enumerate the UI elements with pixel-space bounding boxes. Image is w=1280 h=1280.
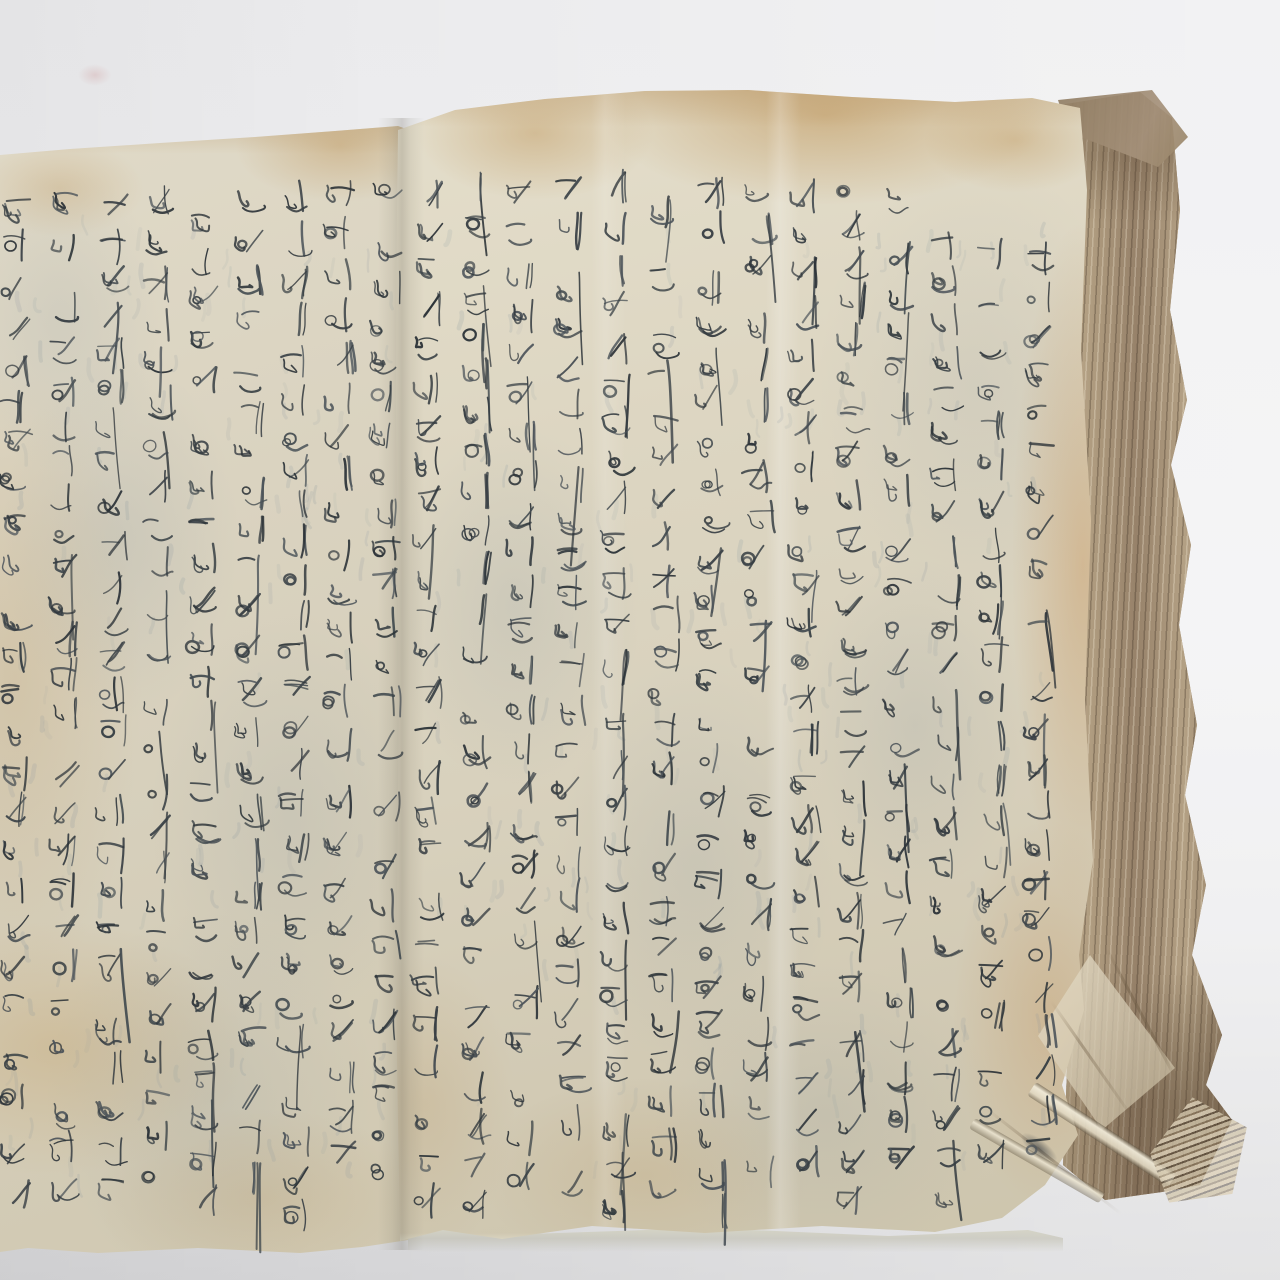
gutter-crease-shadow [378,118,424,1250]
photo-of-open-manuscript-book: Photograph of an opened antique Korean m… [0,0,1280,1280]
right-page-bottom-edge [395,85,1095,1245]
right-page [395,85,1095,1245]
background-smudge [78,64,112,86]
left-page-bottom-edge [0,118,412,1268]
left-page [0,118,412,1268]
